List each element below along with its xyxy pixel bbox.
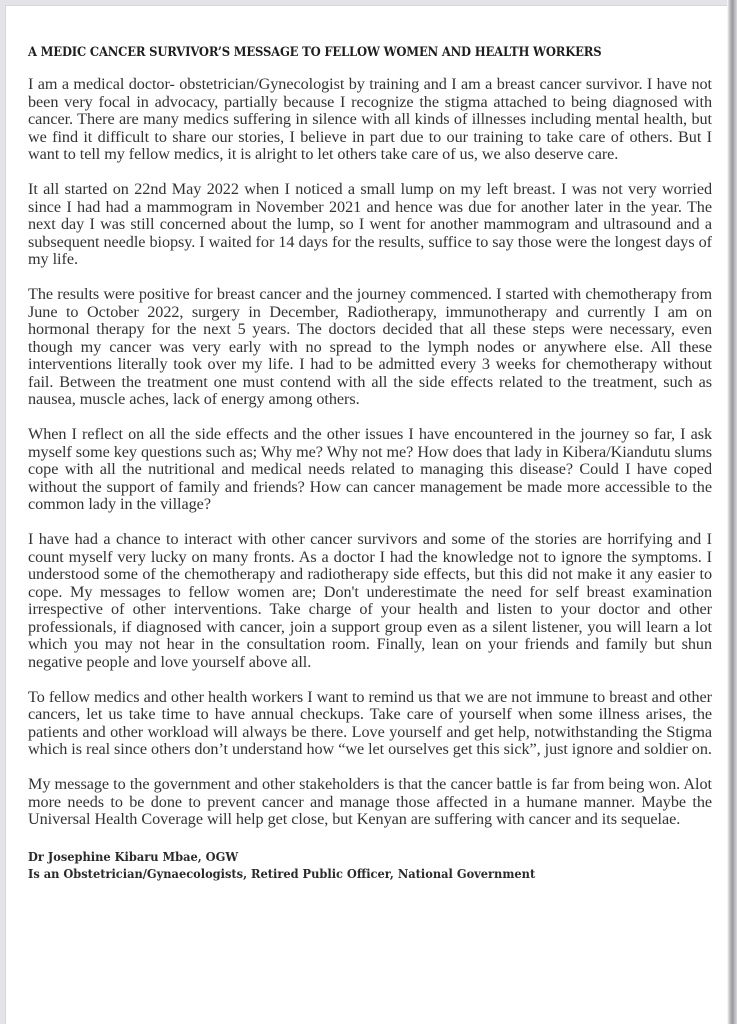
paragraph-diagnosis-start: It all started on 22nd May 2022 when I n…: [28, 181, 712, 269]
paragraph-message-to-women: I have had a chance to interact with oth…: [28, 531, 712, 671]
paragraph-treatment: The results were positive for breast can…: [28, 286, 712, 409]
document-title: A MEDIC CANCER SURVIVOR’S MESSAGE TO FEL…: [28, 44, 657, 59]
paragraph-message-to-government: My message to the government and other s…: [28, 776, 712, 829]
signature-block: Dr Josephine Kibaru Mbae, OGW Is an Obst…: [28, 848, 657, 883]
paragraph-intro: I am a medical doctor- obstetrician/Gyne…: [28, 76, 712, 164]
paragraph-reflection: When I reflect on all the side effects a…: [28, 426, 712, 514]
page-right-edge: [727, 0, 737, 1024]
document-content: A MEDIC CANCER SURVIVOR’S MESSAGE TO FEL…: [28, 44, 712, 883]
author-name: Dr Josephine Kibaru Mbae, OGW: [28, 848, 657, 866]
paragraph-message-to-medics: To fellow medics and other health worker…: [28, 689, 712, 759]
document-page: A MEDIC CANCER SURVIVOR’S MESSAGE TO FEL…: [5, 5, 727, 1024]
author-description: Is an Obstetrician/Gynaecologists, Retir…: [28, 865, 657, 883]
